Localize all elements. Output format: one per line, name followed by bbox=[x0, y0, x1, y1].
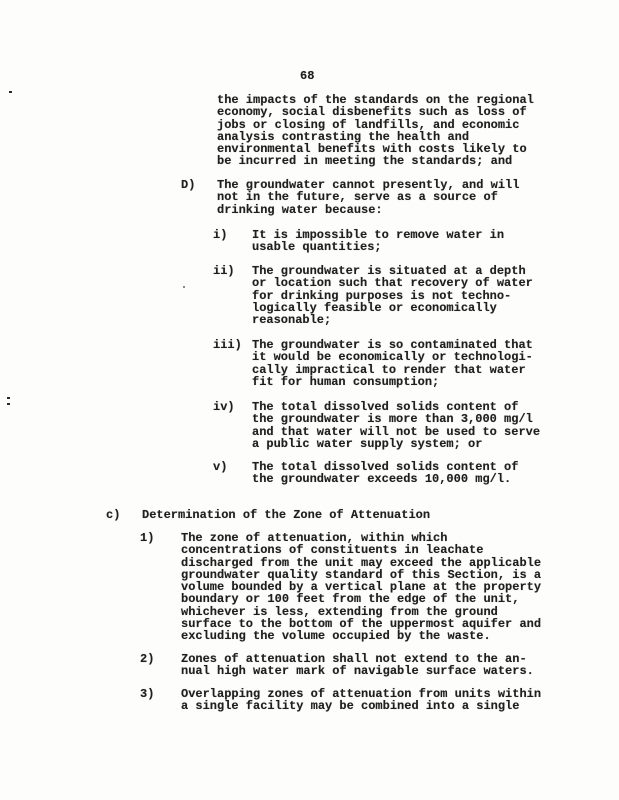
scan-artifact-colon bbox=[7, 403, 10, 405]
list-item-3: 3) Overlapping zones of attenuation from… bbox=[140, 688, 553, 713]
list-item-ii: ii) The groundwater is situated at a dep… bbox=[213, 265, 548, 326]
list-item-v: v) The total dissolved solids content of… bbox=[213, 461, 548, 486]
list-item-text: The groundwater cannot presently, and wi… bbox=[217, 179, 547, 216]
list-item-label: 1) bbox=[140, 532, 181, 544]
list-item-text: The zone of attenuation, within which co… bbox=[181, 532, 553, 643]
list-item-i: i) It is impossible to remove water in u… bbox=[213, 229, 548, 254]
list-item-D: D) The groundwater cannot presently, and… bbox=[181, 179, 547, 216]
scan-artifact-dot bbox=[183, 286, 185, 288]
list-item-iv: iv) The total dissolved solids content o… bbox=[213, 401, 548, 450]
list-item-label: i) bbox=[213, 229, 252, 241]
list-item-text: Zones of attenuation shall not extend to… bbox=[181, 653, 553, 678]
list-item-2: 2) Zones of attenuation shall not extend… bbox=[140, 653, 553, 678]
page-number: 68 bbox=[300, 70, 314, 82]
list-item-text: The total dissolved solids content of th… bbox=[252, 401, 548, 450]
list-item-label: ii) bbox=[213, 265, 252, 277]
list-item-text: The groundwater is so contaminated that … bbox=[252, 339, 548, 388]
list-item-iii: iii) The groundwater is so contaminated … bbox=[213, 339, 548, 388]
list-item-text: Overlapping zones of attenuation from un… bbox=[181, 688, 553, 713]
list-item-1: 1) The zone of attenuation, within which… bbox=[140, 532, 553, 643]
list-item-label: iv) bbox=[213, 401, 252, 413]
scan-artifact-colon bbox=[7, 397, 10, 399]
section-c-heading: c) Determination of the Zone of Attenuat… bbox=[106, 509, 554, 521]
scan-artifact-dot bbox=[9, 91, 12, 93]
list-item-label: D) bbox=[181, 179, 217, 191]
list-item-label: 2) bbox=[140, 653, 181, 665]
section-heading-text: Determination of the Zone of Attenuation bbox=[142, 509, 554, 521]
list-item-label: 3) bbox=[140, 688, 181, 700]
document-page: 68 the impacts of the standards on the r… bbox=[0, 0, 619, 800]
list-item-label: iii) bbox=[213, 339, 252, 351]
section-label: c) bbox=[106, 509, 142, 521]
continuation-paragraph: the impacts of the standards on the regi… bbox=[217, 94, 547, 168]
list-item-text: It is impossible to remove water in usab… bbox=[252, 229, 548, 254]
list-item-text: The groundwater is situated at a depth o… bbox=[252, 265, 548, 326]
list-item-label: v) bbox=[213, 461, 252, 473]
list-item-text: The total dissolved solids content of th… bbox=[252, 461, 548, 486]
